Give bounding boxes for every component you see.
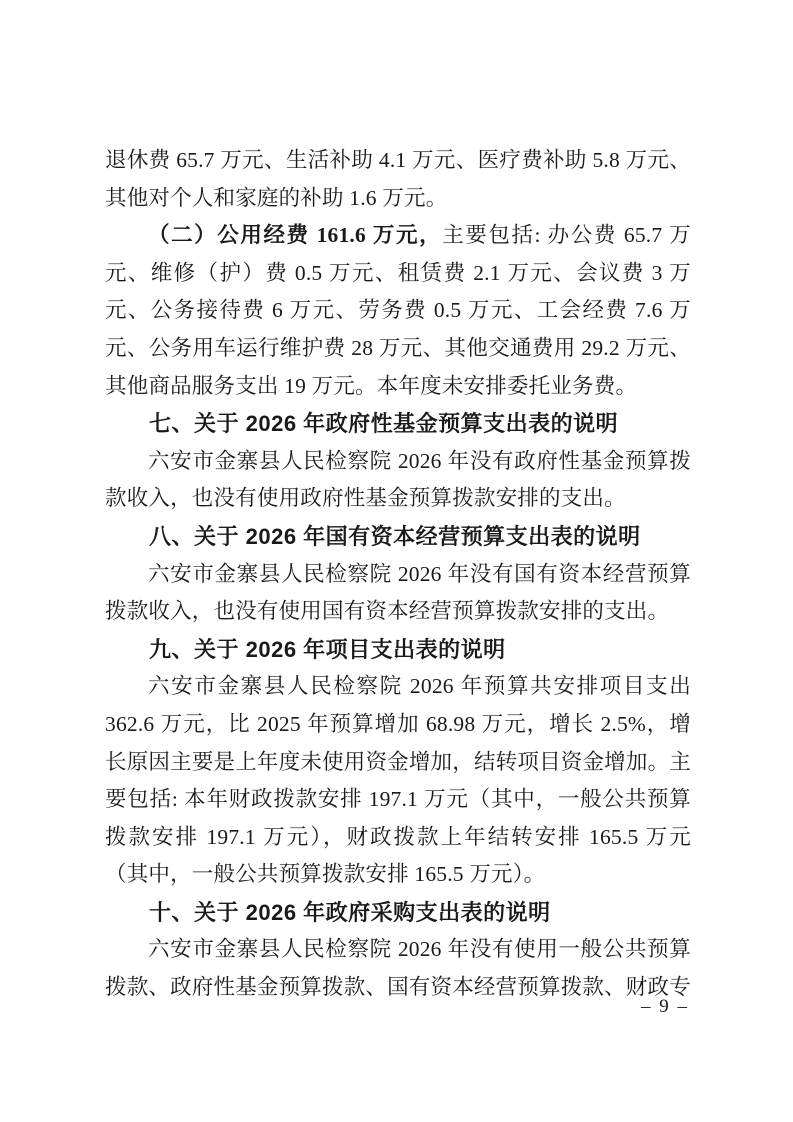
- paragraph-state-capital-statement: 六安市金寨县人民检察院 2026 年没有国有资本经营预算拨款收入，也没有使用国有…: [105, 556, 691, 631]
- paragraph-project-expenditure-detail: 六安市金寨县人民检察院 2026 年预算共安排项目支出 362.6 万元，比 2…: [105, 668, 691, 894]
- document-body: 退休费 65.7 万元、生活补助 4.1 万元、医疗费补助 5.8 万元、其他对…: [105, 142, 691, 1007]
- section-heading-9-project-expenditure: 九、关于 2026 年项目支出表的说明: [105, 631, 691, 669]
- paragraph-public-expense: （二）公用经费 161.6 万元，主要包括: 办公费 65.7 万元、维修（护）…: [105, 217, 691, 405]
- paragraph-public-expense-detail: 主要包括: 办公费 65.7 万元、维修（护）费 0.5 万元、租赁费 2.1 …: [105, 223, 691, 397]
- paragraph-government-procurement-statement: 六安市金寨县人民检察院 2026 年没有使用一般公共预算拨款、政府性基金预算拨款…: [105, 931, 691, 1006]
- document-page: 退休费 65.7 万元、生活补助 4.1 万元、医疗费补助 5.8 万元、其他对…: [0, 0, 793, 1122]
- paragraph-government-fund-statement: 六安市金寨县人民检察院 2026 年没有政府性基金预算拨款收入，也没有使用政府性…: [105, 443, 691, 518]
- paragraph-public-expense-lead-bold: （二）公用经费 161.6 万元，: [148, 223, 442, 247]
- page-number: – 9 –: [630, 996, 700, 1018]
- section-heading-7-government-fund-budget: 七、关于 2026 年政府性基金预算支出表的说明: [105, 405, 691, 443]
- section-heading-10-government-procurement: 十、关于 2026 年政府采购支出表的说明: [105, 894, 691, 932]
- section-heading-8-state-capital-budget: 八、关于 2026 年国有资本经营预算支出表的说明: [105, 518, 691, 556]
- paragraph-personal-subsidies-continuation: 退休费 65.7 万元、生活补助 4.1 万元、医疗费补助 5.8 万元、其他对…: [105, 142, 691, 217]
